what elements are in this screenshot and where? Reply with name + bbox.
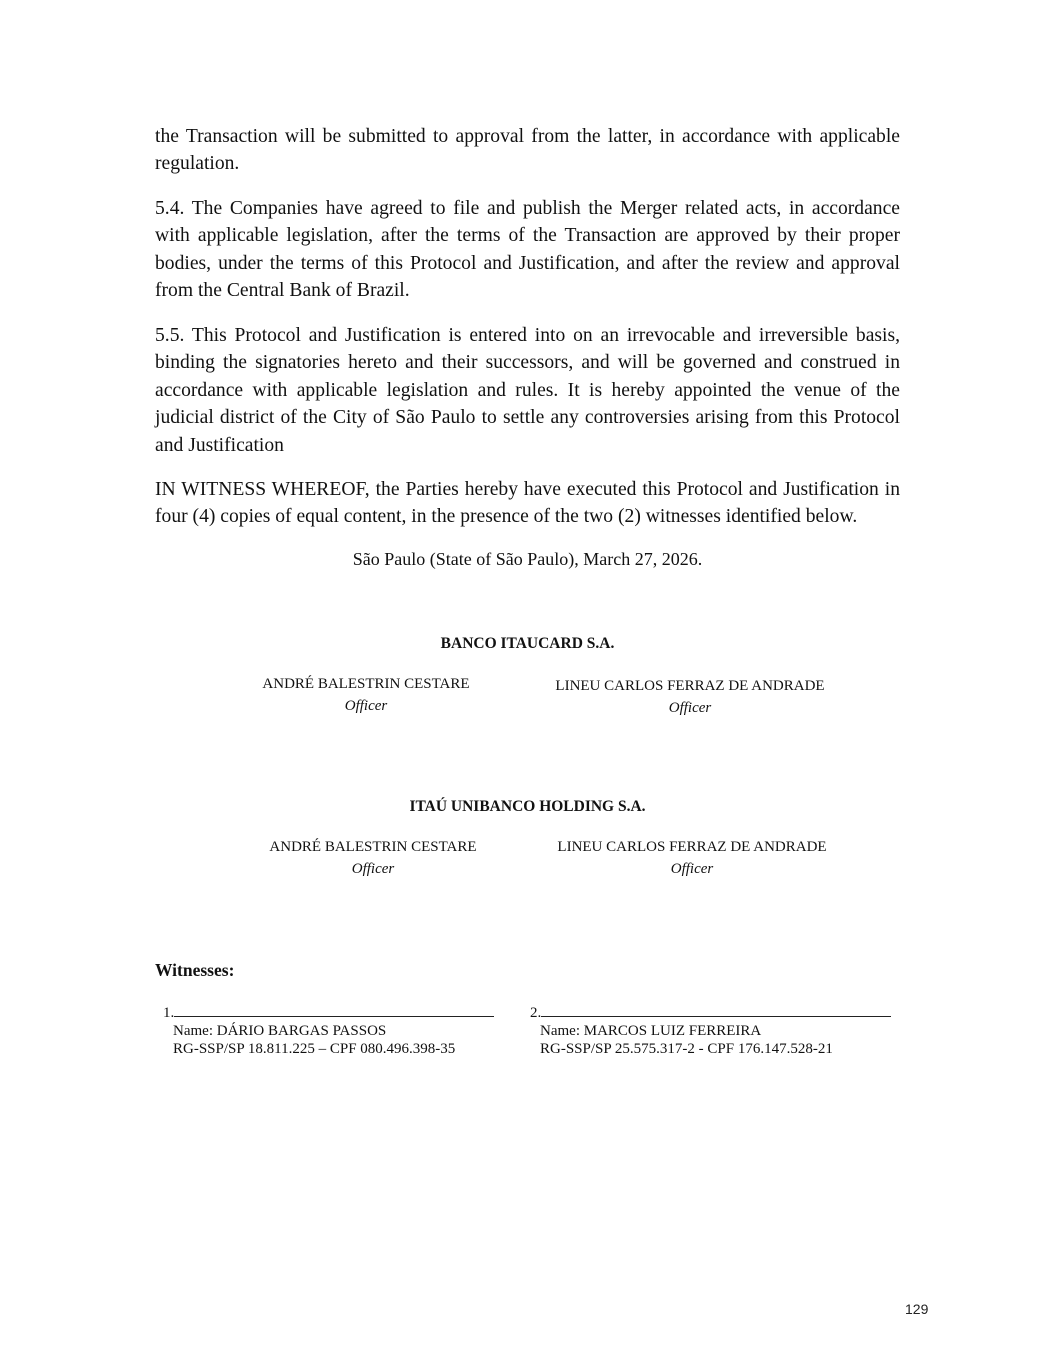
witness-name: Name: DÁRIO BARGAS PASSOS: [163, 1022, 494, 1040]
company-name-itau-unibanco-holding: ITAÚ UNIBANCO HOLDING S.A.: [0, 798, 1055, 816]
paragraph-continuation: the Transaction will be submitted to app…: [155, 123, 900, 178]
signature-line: [174, 1002, 494, 1017]
signer-role: Officer: [253, 858, 493, 880]
witness-entry: 1. Name: DÁRIO BARGAS PASSOS RG-SSP/SP 1…: [163, 1002, 494, 1058]
company-name-banco-itaucard: BANCO ITAUCARD S.A.: [0, 635, 1055, 653]
document-page: the Transaction will be submitted to app…: [0, 0, 1055, 1365]
signature-block: LINEU CARLOS FERRAZ DE ANDRADE Officer: [540, 675, 840, 719]
place-and-date: São Paulo (State of São Paulo), March 27…: [0, 549, 1055, 570]
paragraph-5-5: 5.5. This Protocol and Justification is …: [155, 322, 900, 459]
signature-block: LINEU CARLOS FERRAZ DE ANDRADE Officer: [542, 836, 842, 880]
witness-number: 1.: [163, 1005, 174, 1021]
page-number: 129: [905, 1301, 928, 1317]
witness-name: Name: MARCOS LUIZ FERREIRA: [530, 1022, 891, 1040]
signature-line: [541, 1002, 891, 1017]
witness-number: 2.: [530, 1005, 541, 1021]
signer-role: Officer: [542, 858, 842, 880]
signer-name: LINEU CARLOS FERRAZ DE ANDRADE: [557, 839, 826, 855]
witnesses-heading: Witnesses:: [155, 960, 234, 981]
signer-name: ANDRÉ BALESTRIN CESTARE: [262, 676, 469, 692]
witness-id: RG-SSP/SP 18.811.225 – CPF 080.496.398-3…: [163, 1040, 494, 1058]
witness-entry: 2. Name: MARCOS LUIZ FERREIRA RG-SSP/SP …: [530, 1002, 891, 1058]
signer-role: Officer: [540, 697, 840, 719]
signature-block: ANDRÉ BALESTRIN CESTARE Officer: [253, 836, 493, 880]
witness-id: RG-SSP/SP 25.575.317-2 - CPF 176.147.528…: [530, 1040, 891, 1058]
paragraph-witness-whereof: IN WITNESS WHEREOF, the Parties hereby h…: [155, 476, 900, 531]
signer-name: LINEU CARLOS FERRAZ DE ANDRADE: [555, 678, 824, 694]
signature-block: ANDRÉ BALESTRIN CESTARE Officer: [246, 673, 486, 717]
signer-name: ANDRÉ BALESTRIN CESTARE: [269, 839, 476, 855]
signer-role: Officer: [246, 695, 486, 717]
paragraph-5-4: 5.4. The Companies have agreed to file a…: [155, 195, 900, 305]
